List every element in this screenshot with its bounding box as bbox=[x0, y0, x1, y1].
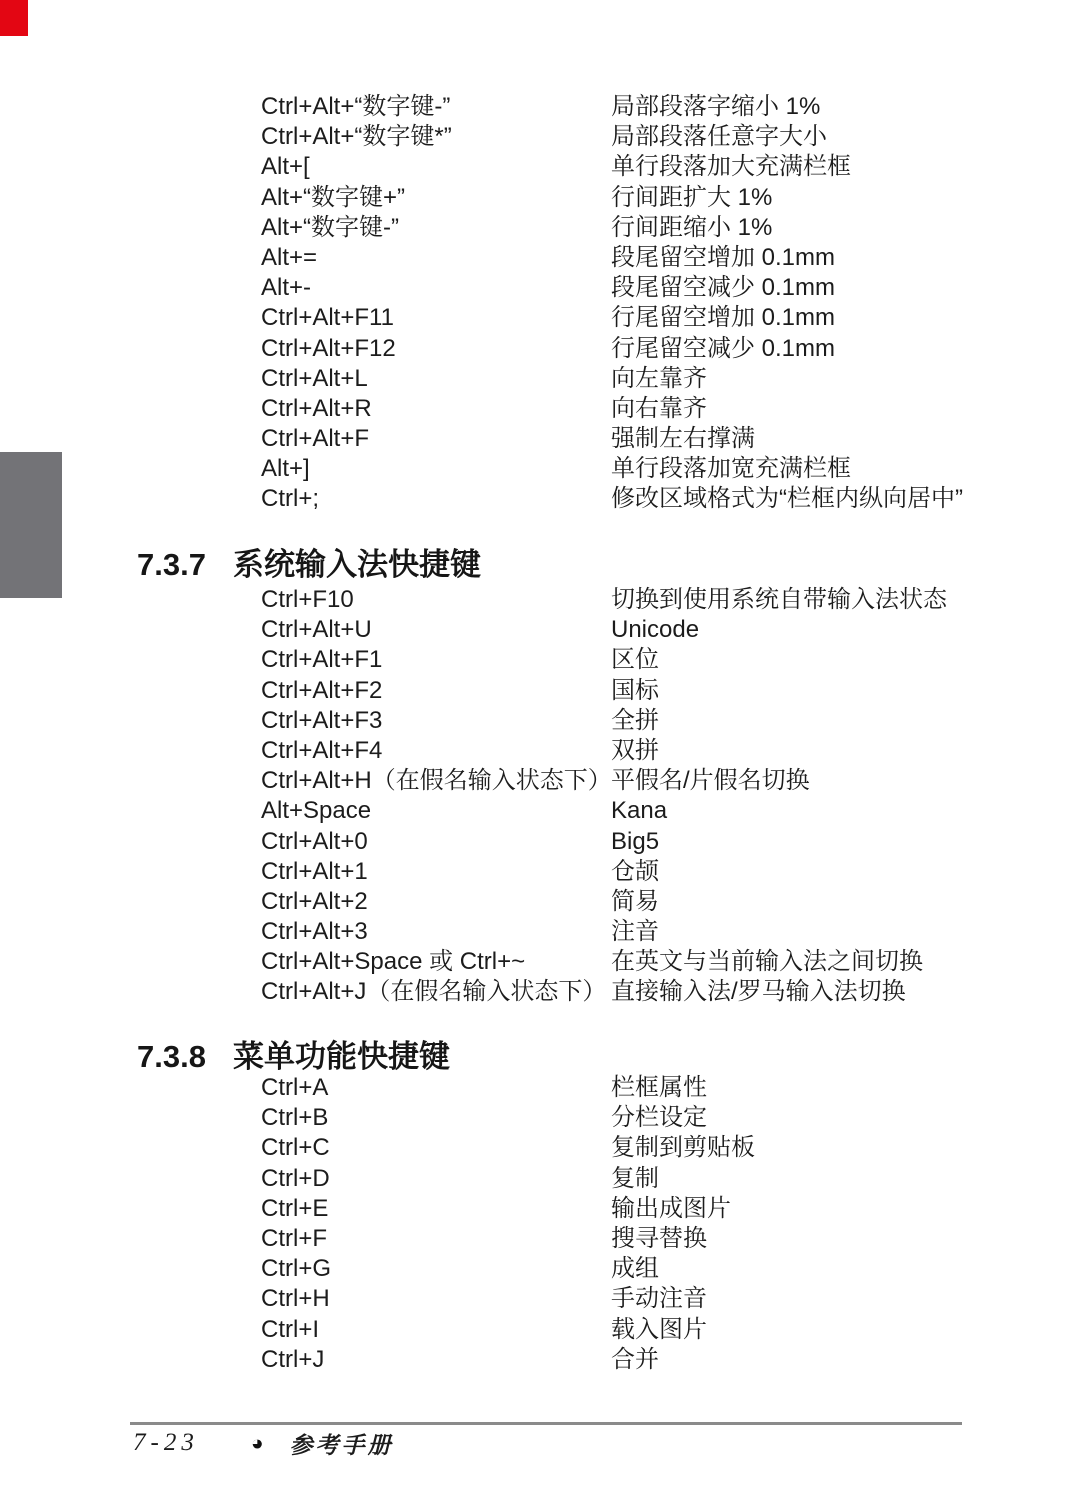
shortcut-description: 段尾留空减少 0.1mm bbox=[611, 273, 835, 303]
shortcut-description: 国标 bbox=[611, 676, 659, 706]
shortcut-description: 复制 bbox=[611, 1164, 659, 1194]
shortcut-description: 修改区域格式为“栏框内纵向居中” bbox=[611, 484, 963, 514]
shortcut-description: 局部段落字缩小 1% bbox=[611, 92, 820, 122]
shortcut-list-paragraph-keys: Ctrl+Alt+“数字键-”局部段落字缩小 1%Ctrl+Alt+“数字键*”… bbox=[0, 92, 1073, 515]
shortcut-description: 平假名/片假名切换 bbox=[611, 766, 810, 796]
shortcut-description: 成组 bbox=[611, 1254, 659, 1284]
shortcut-description: 双拼 bbox=[611, 736, 659, 766]
shortcut-description: 强制左右撑满 bbox=[611, 424, 755, 454]
shortcut-row: Alt+SpaceKana bbox=[0, 796, 1073, 826]
shortcut-row: Alt+“数字键-”行间距缩小 1% bbox=[0, 213, 1073, 243]
shortcut-key: Ctrl+Alt+“数字键-” bbox=[261, 92, 450, 122]
shortcut-description: 切换到使用系统自带输入法状态 bbox=[611, 585, 947, 615]
shortcut-row: Alt+=段尾留空增加 0.1mm bbox=[0, 243, 1073, 273]
shortcut-key: Ctrl+Alt+3 bbox=[261, 917, 368, 947]
shortcut-key: Ctrl+Alt+Space 或 Ctrl+~ bbox=[261, 947, 525, 977]
shortcut-row: Ctrl+Alt+1仓颉 bbox=[0, 857, 1073, 887]
shortcut-key: Ctrl+Alt+J（在假名输入状态下） bbox=[261, 977, 606, 1007]
shortcut-row: Ctrl+D复制 bbox=[0, 1164, 1073, 1194]
shortcut-key: Ctrl+Alt+F bbox=[261, 424, 369, 454]
shortcut-list-menu-functions: Ctrl+A栏框属性Ctrl+B分栏设定Ctrl+C复制到剪贴板Ctrl+D复制… bbox=[0, 1073, 1073, 1375]
footer-divider bbox=[130, 1422, 962, 1425]
shortcut-row: Ctrl+E输出成图片 bbox=[0, 1194, 1073, 1224]
shortcut-row: Alt+]单行段落加宽充满栏框 bbox=[0, 454, 1073, 484]
shortcut-row: Ctrl+Alt+F12行尾留空减少 0.1mm bbox=[0, 334, 1073, 364]
shortcut-key: Alt+] bbox=[261, 454, 310, 484]
shortcut-key: Ctrl+Alt+F4 bbox=[261, 736, 382, 766]
section-heading-737: 7.3.7 系统输入法快捷键 bbox=[137, 539, 481, 584]
shortcut-key: Ctrl+Alt+F2 bbox=[261, 676, 382, 706]
shortcut-key: Ctrl+D bbox=[261, 1164, 330, 1194]
shortcut-description: 区位 bbox=[611, 645, 659, 675]
shortcut-row: Ctrl+Alt+H（在假名输入状态下）平假名/片假名切换 bbox=[0, 766, 1073, 796]
shortcut-row: Ctrl+Alt+“数字键-”局部段落字缩小 1% bbox=[0, 92, 1073, 122]
shortcut-key: Ctrl+Alt+0 bbox=[261, 827, 368, 857]
shortcut-description: 输出成图片 bbox=[611, 1194, 731, 1224]
shortcut-list-system-ime: Ctrl+F10切换到使用系统自带输入法状态Ctrl+Alt+UUnicodeC… bbox=[0, 585, 1073, 1008]
section-heading-738: 7.3.8 菜单功能快捷键 bbox=[137, 1031, 450, 1076]
shortcut-row: Ctrl+Alt+F4双拼 bbox=[0, 736, 1073, 766]
shortcut-key: Alt+“数字键-” bbox=[261, 213, 399, 243]
shortcut-key: Ctrl+Alt+F11 bbox=[261, 303, 394, 333]
shortcut-row: Ctrl+Alt+F1区位 bbox=[0, 645, 1073, 675]
shortcut-description: 向右靠齐 bbox=[611, 394, 707, 424]
shortcut-description: Big5 bbox=[611, 827, 659, 857]
shortcut-key: Ctrl+G bbox=[261, 1254, 331, 1284]
shortcut-row: Ctrl+Alt+F强制左右撑满 bbox=[0, 424, 1073, 454]
shortcut-description: 分栏设定 bbox=[611, 1103, 707, 1133]
shortcut-row: Ctrl+C复制到剪贴板 bbox=[0, 1133, 1073, 1163]
shortcut-key: Ctrl+; bbox=[261, 484, 319, 514]
shortcut-description: 单行段落加宽充满栏框 bbox=[611, 454, 851, 484]
shortcut-description: 栏框属性 bbox=[611, 1073, 707, 1103]
shortcut-description: 向左靠齐 bbox=[611, 364, 707, 394]
shortcut-row: Alt+“数字键+”行间距扩大 1% bbox=[0, 183, 1073, 213]
shortcut-description: 行尾留空增加 0.1mm bbox=[611, 303, 835, 333]
shortcut-description: 在英文与当前输入法之间切换 bbox=[611, 947, 923, 977]
shortcut-key: Ctrl+A bbox=[261, 1073, 328, 1103]
shortcut-row: Ctrl+Alt+J（在假名输入状态下）直接输入法/罗马输入法切换 bbox=[0, 977, 1073, 1007]
shortcut-row: Ctrl+Alt+0Big5 bbox=[0, 827, 1073, 857]
shortcut-key: Alt+Space bbox=[261, 796, 371, 826]
shortcut-description: 仓颉 bbox=[611, 857, 659, 887]
shortcut-row: Ctrl+B分栏设定 bbox=[0, 1103, 1073, 1133]
shortcut-description: 直接输入法/罗马输入法切换 bbox=[611, 977, 906, 1007]
shortcut-row: Alt+[单行段落加大充满栏框 bbox=[0, 152, 1073, 182]
shortcut-key: Ctrl+Alt+F3 bbox=[261, 706, 382, 736]
shortcut-description: 载入图片 bbox=[611, 1315, 707, 1345]
shortcut-key: Ctrl+Alt+F12 bbox=[261, 334, 396, 364]
shortcut-row: Ctrl+Alt+F11行尾留空增加 0.1mm bbox=[0, 303, 1073, 333]
shortcut-description: 段尾留空增加 0.1mm bbox=[611, 243, 835, 273]
shortcut-description: 单行段落加大充满栏框 bbox=[611, 152, 851, 182]
red-corner-marker bbox=[0, 0, 28, 36]
shortcut-row: Ctrl+Alt+R向右靠齐 bbox=[0, 394, 1073, 424]
shortcut-key: Ctrl+Alt+F1 bbox=[261, 645, 382, 675]
shortcut-row: Ctrl+Alt+“数字键*”局部段落任意字大小 bbox=[0, 122, 1073, 152]
shortcut-row: Ctrl+J合并 bbox=[0, 1345, 1073, 1375]
shortcut-description: 复制到剪贴板 bbox=[611, 1133, 755, 1163]
shortcut-description: 行间距缩小 1% bbox=[611, 213, 772, 243]
shortcut-key: Ctrl+Alt+R bbox=[261, 394, 372, 424]
shortcut-key: Ctrl+Alt+L bbox=[261, 364, 368, 394]
shortcut-row: Ctrl+Alt+Space 或 Ctrl+~在英文与当前输入法之间切换 bbox=[0, 947, 1073, 977]
section-number: 7.3.7 bbox=[137, 547, 206, 583]
shortcut-key: Alt+“数字键+” bbox=[261, 183, 405, 213]
shortcut-key: Alt+[ bbox=[261, 152, 310, 182]
shortcut-description: 合并 bbox=[611, 1345, 659, 1375]
shortcut-key: Ctrl+I bbox=[261, 1315, 319, 1345]
shortcut-row: Ctrl+I载入图片 bbox=[0, 1315, 1073, 1345]
shortcut-row: Ctrl+Alt+UUnicode bbox=[0, 615, 1073, 645]
shortcut-row: Ctrl+F搜寻替换 bbox=[0, 1224, 1073, 1254]
shortcut-row: Ctrl+;修改区域格式为“栏框内纵向居中” bbox=[0, 484, 1073, 514]
shortcut-row: Ctrl+Alt+2简易 bbox=[0, 887, 1073, 917]
shortcut-description: 全拼 bbox=[611, 706, 659, 736]
shortcut-row: Ctrl+Alt+F2国标 bbox=[0, 676, 1073, 706]
shortcut-row: Ctrl+G成组 bbox=[0, 1254, 1073, 1284]
shortcut-key: Ctrl+C bbox=[261, 1133, 330, 1163]
shortcut-key: Ctrl+Alt+U bbox=[261, 615, 372, 645]
shortcut-description: 简易 bbox=[611, 887, 659, 917]
shortcut-description: 局部段落任意字大小 bbox=[611, 122, 827, 152]
shortcut-description: Kana bbox=[611, 796, 667, 826]
manual-title: 参考手册 bbox=[290, 1427, 394, 1460]
shortcut-key: Ctrl+E bbox=[261, 1194, 328, 1224]
shortcut-row: Ctrl+Alt+F3全拼 bbox=[0, 706, 1073, 736]
shortcut-row: Ctrl+F10切换到使用系统自带输入法状态 bbox=[0, 585, 1073, 615]
shortcut-description: 行间距扩大 1% bbox=[611, 183, 772, 213]
shortcut-description: 行尾留空减少 0.1mm bbox=[611, 334, 835, 364]
shortcut-row: Ctrl+H手动注音 bbox=[0, 1284, 1073, 1314]
shortcut-key: Ctrl+F10 bbox=[261, 585, 354, 615]
shortcut-key: Ctrl+B bbox=[261, 1103, 328, 1133]
shortcut-key: Ctrl+H bbox=[261, 1284, 330, 1314]
section-title: 菜单功能快捷键 bbox=[233, 1031, 450, 1076]
shortcut-description: 注音 bbox=[611, 917, 659, 947]
shortcut-key: Alt+= bbox=[261, 243, 317, 273]
section-number: 7.3.8 bbox=[137, 1039, 206, 1075]
shortcut-description: Unicode bbox=[611, 615, 699, 645]
shortcut-key: Ctrl+J bbox=[261, 1345, 324, 1375]
shortcut-description: 搜寻替换 bbox=[611, 1224, 707, 1254]
shortcut-key: Ctrl+F bbox=[261, 1224, 327, 1254]
page-number: 7-23 bbox=[133, 1429, 199, 1457]
shortcut-key: Ctrl+Alt+H（在假名输入状态下） bbox=[261, 766, 612, 796]
shortcut-key: Alt+- bbox=[261, 273, 311, 303]
shortcut-row: Ctrl+A栏框属性 bbox=[0, 1073, 1073, 1103]
shortcut-key: Ctrl+Alt+2 bbox=[261, 887, 368, 917]
shortcut-row: Alt+-段尾留空减少 0.1mm bbox=[0, 273, 1073, 303]
shortcut-key: Ctrl+Alt+1 bbox=[261, 857, 368, 887]
page-footer: 7-23 ◕ 参考手册 bbox=[133, 1429, 394, 1457]
three-quarter-circle-icon: ◕ bbox=[251, 1433, 264, 1454]
section-title: 系统输入法快捷键 bbox=[233, 539, 481, 584]
shortcut-key: Ctrl+Alt+“数字键*” bbox=[261, 122, 452, 152]
shortcut-row: Ctrl+Alt+L向左靠齐 bbox=[0, 364, 1073, 394]
shortcut-description: 手动注音 bbox=[611, 1284, 707, 1314]
manual-page: Ctrl+Alt+“数字键-”局部段落字缩小 1%Ctrl+Alt+“数字键*”… bbox=[0, 0, 1073, 1488]
shortcut-row: Ctrl+Alt+3注音 bbox=[0, 917, 1073, 947]
